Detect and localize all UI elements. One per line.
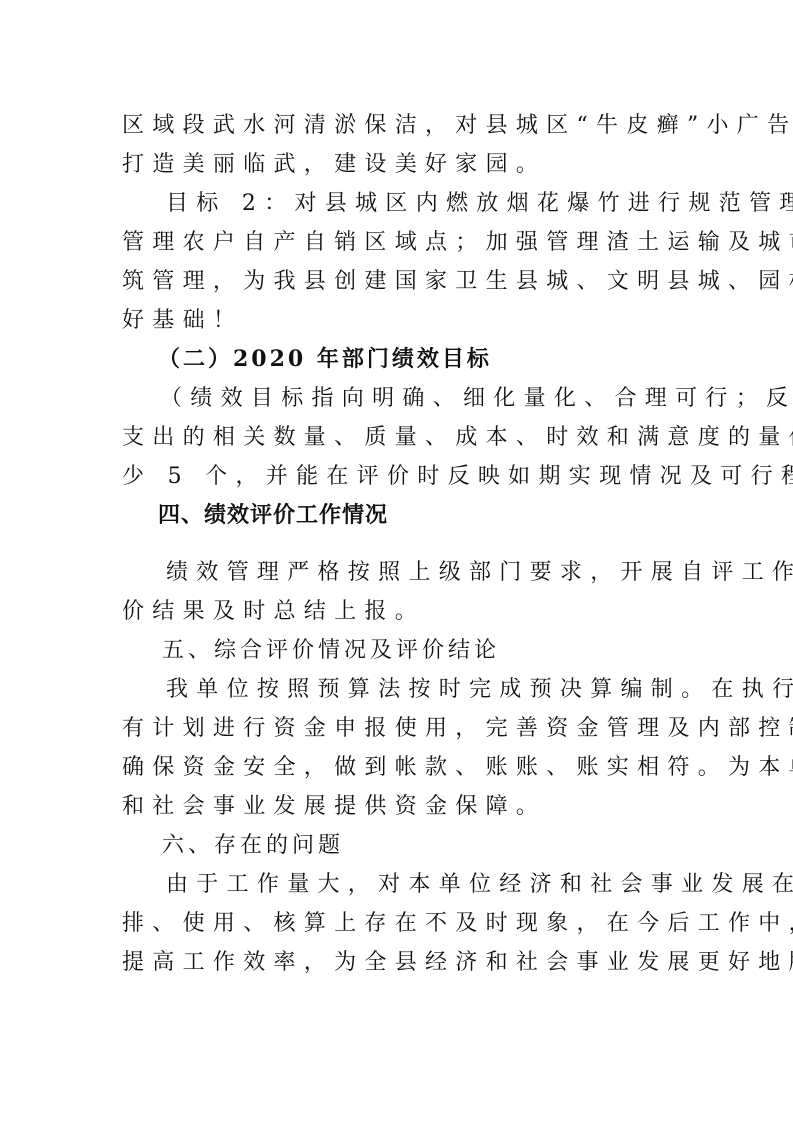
section-heading: 六、存在的问题 [122,826,678,865]
text-line: 区域段武水河清淤保洁，对县城区“牛皮癣”小广告清理， [122,106,678,145]
paragraph-problems-detail: 由于工作量大，对本单位经济和社会事业发展在资金安 排、使用、核算上存在不及时现象… [122,865,678,982]
heading-evaluation-work: 四、绩效评价工作情况 [122,496,678,535]
heading-comprehensive-evaluation: 五、综合评价情况及评价结论 [122,631,678,670]
document-body: 区域段武水河清淤保洁，对县城区“牛皮癣”小广告清理， 打造美丽临武，建设美好家园… [122,106,678,982]
text-line: 目标 2：对县城区内燃放烟花爆竹进行规范管理，规范 [122,184,678,223]
text-line: （绩效目标指向明确、细化量化、合理可行；反映整体 [122,379,678,418]
paragraph-goal-requirements: （绩效目标指向明确、细化量化、合理可行；反映整体 支出的相关数量、质量、成本、时… [122,379,678,496]
section-heading: 四、绩效评价工作情况 [122,496,678,535]
heading-existing-problems: 六、存在的问题 [122,826,678,865]
paragraph-self-evaluation: 绩效管理严格按照上级部门要求，开展自评工作，对评 价结果及时总结上报。 [122,553,678,631]
section-heading: （二）2020 年部门绩效目标 [122,340,678,379]
paragraph-evaluation-conclusion: 我单位按照预算法按时完成预决算编制。在执行过程中 有计划进行资金申报使用，完善资… [122,670,678,826]
text-line: 绩效管理严格按照上级部门要求，开展自评工作，对评 [122,553,678,592]
document-page: 区域段武水河清淤保洁，对县城区“牛皮癣”小广告清理， 打造美丽临武，建设美好家园… [0,0,793,1122]
text-line: 和社会事业发展提供资金保障。 [122,787,678,826]
text-line: 排、使用、核算上存在不及时现象，在今后工作中，进一步 [122,904,678,943]
text-line: 好基础！ [122,301,678,340]
text-line: 打造美丽临武，建设美好家园。 [122,145,678,184]
section-heading: 五、综合评价情况及评价结论 [122,631,678,670]
text-line: 支出的相关数量、质量、成本、时效和满意度的量化指标至 [122,418,678,457]
text-line: 管理农户自产自销区域点；加强管理渣土运输及城市违章建 [122,223,678,262]
text-line: 价结果及时总结上报。 [122,592,678,631]
text-line: 筑管理，为我县创建国家卫生县城、文明县城、园林县城打 [122,262,678,301]
text-line: 确保资金安全，做到帐款、账账、账实相符。为本单位经济 [122,748,678,787]
paragraph-goal-2: 目标 2：对县城区内燃放烟花爆竹进行规范管理，规范 管理农户自产自销区域点；加强… [122,184,678,340]
heading-2020-performance-goals: （二）2020 年部门绩效目标 [122,340,678,379]
paragraph-city-cleanup: 区域段武水河清淤保洁，对县城区“牛皮癣”小广告清理， 打造美丽临武，建设美好家园… [122,106,678,184]
text-line: 少 5 个，并能在评价时反映如期实现情况及可行程度。） [122,457,678,496]
text-line: 有计划进行资金申报使用，完善资金管理及内部控制制度， [122,709,678,748]
text-line: 由于工作量大，对本单位经济和社会事业发展在资金安 [122,865,678,904]
text-line: 提高工作效率，为全县经济和社会事业发展更好地服好务。 [122,943,678,982]
text-line: 我单位按照预算法按时完成预决算编制。在执行过程中 [122,670,678,709]
